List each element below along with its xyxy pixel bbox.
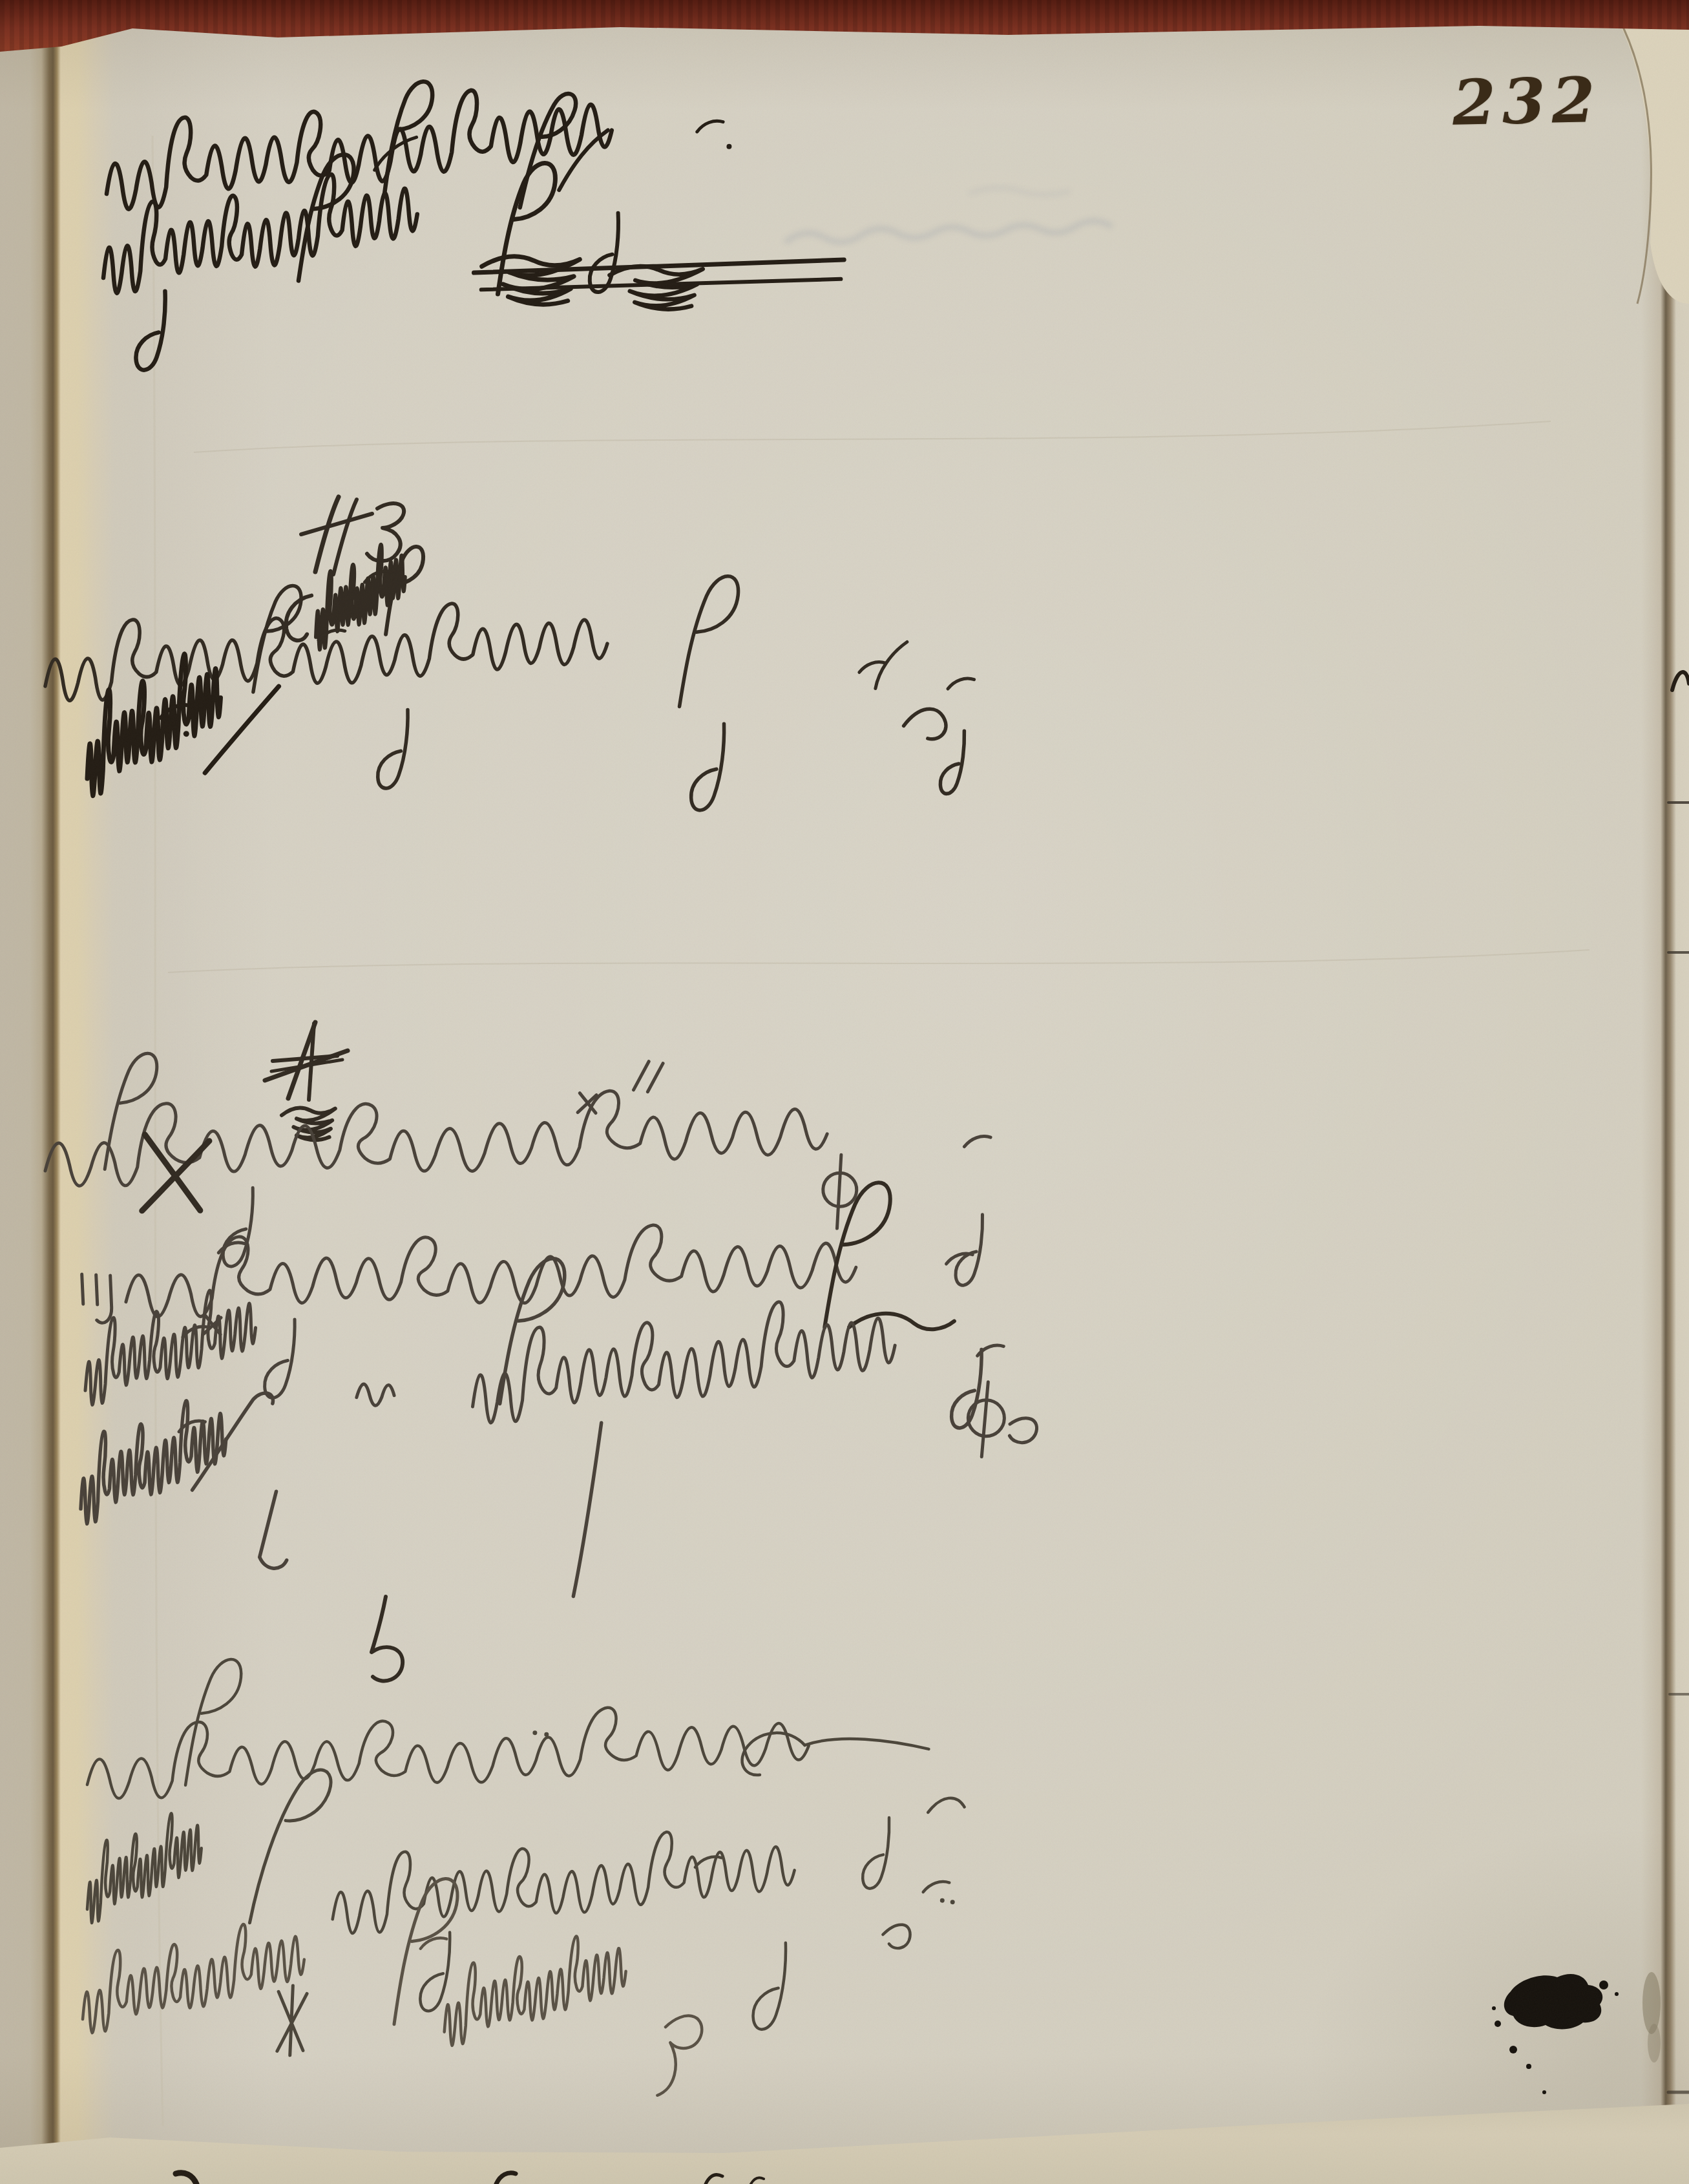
page-number: 232 (1452, 63, 1621, 139)
paper-texture (0, 0, 1689, 2184)
handwriting-layer (0, 0, 1689, 2184)
manuscript-photo: 232 (0, 0, 1689, 2184)
